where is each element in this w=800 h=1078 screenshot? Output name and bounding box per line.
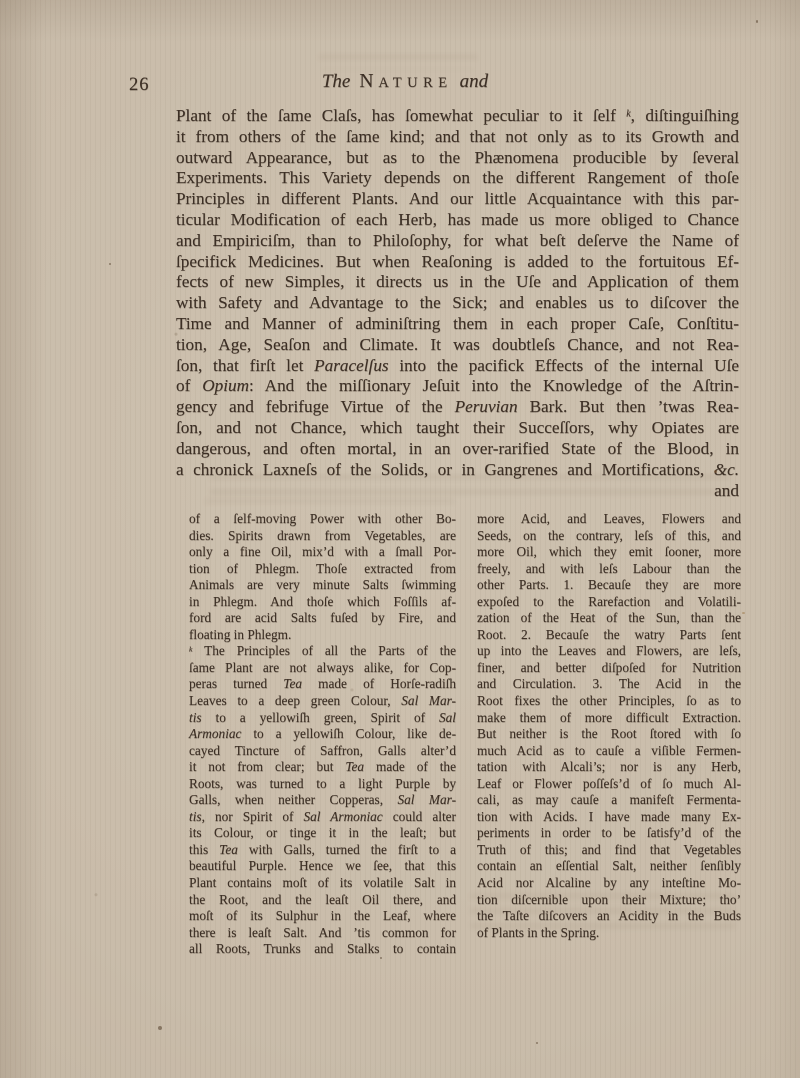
footnote-column-right: more Acid, and Leaves, Flowers andSeeds,… — [477, 511, 741, 941]
running-head: The N ATURE and — [5, 71, 800, 93]
foxing-speck — [536, 1042, 538, 1044]
ink-showthrough — [318, 54, 478, 70]
foxing-speck — [756, 20, 758, 23]
running-head-title-rest: ATURE — [378, 75, 452, 92]
foxing-speck — [158, 1026, 162, 1030]
footnote-column-left: of a ſelf-moving Power with other Bo-die… — [189, 511, 456, 958]
running-head-and: and — [460, 71, 489, 93]
main-paragraph: Plant of the ſame Claſs, has ſomewhat pe… — [176, 106, 739, 480]
foxing-speck — [742, 612, 745, 614]
catchword: and — [176, 481, 739, 502]
foxing-speck — [109, 263, 111, 265]
book-page-scan: 26 The N ATURE and Plant of the ſame Cla… — [0, 0, 800, 1078]
running-head-the: The — [322, 71, 351, 93]
running-head-title-initial: N — [359, 71, 378, 93]
